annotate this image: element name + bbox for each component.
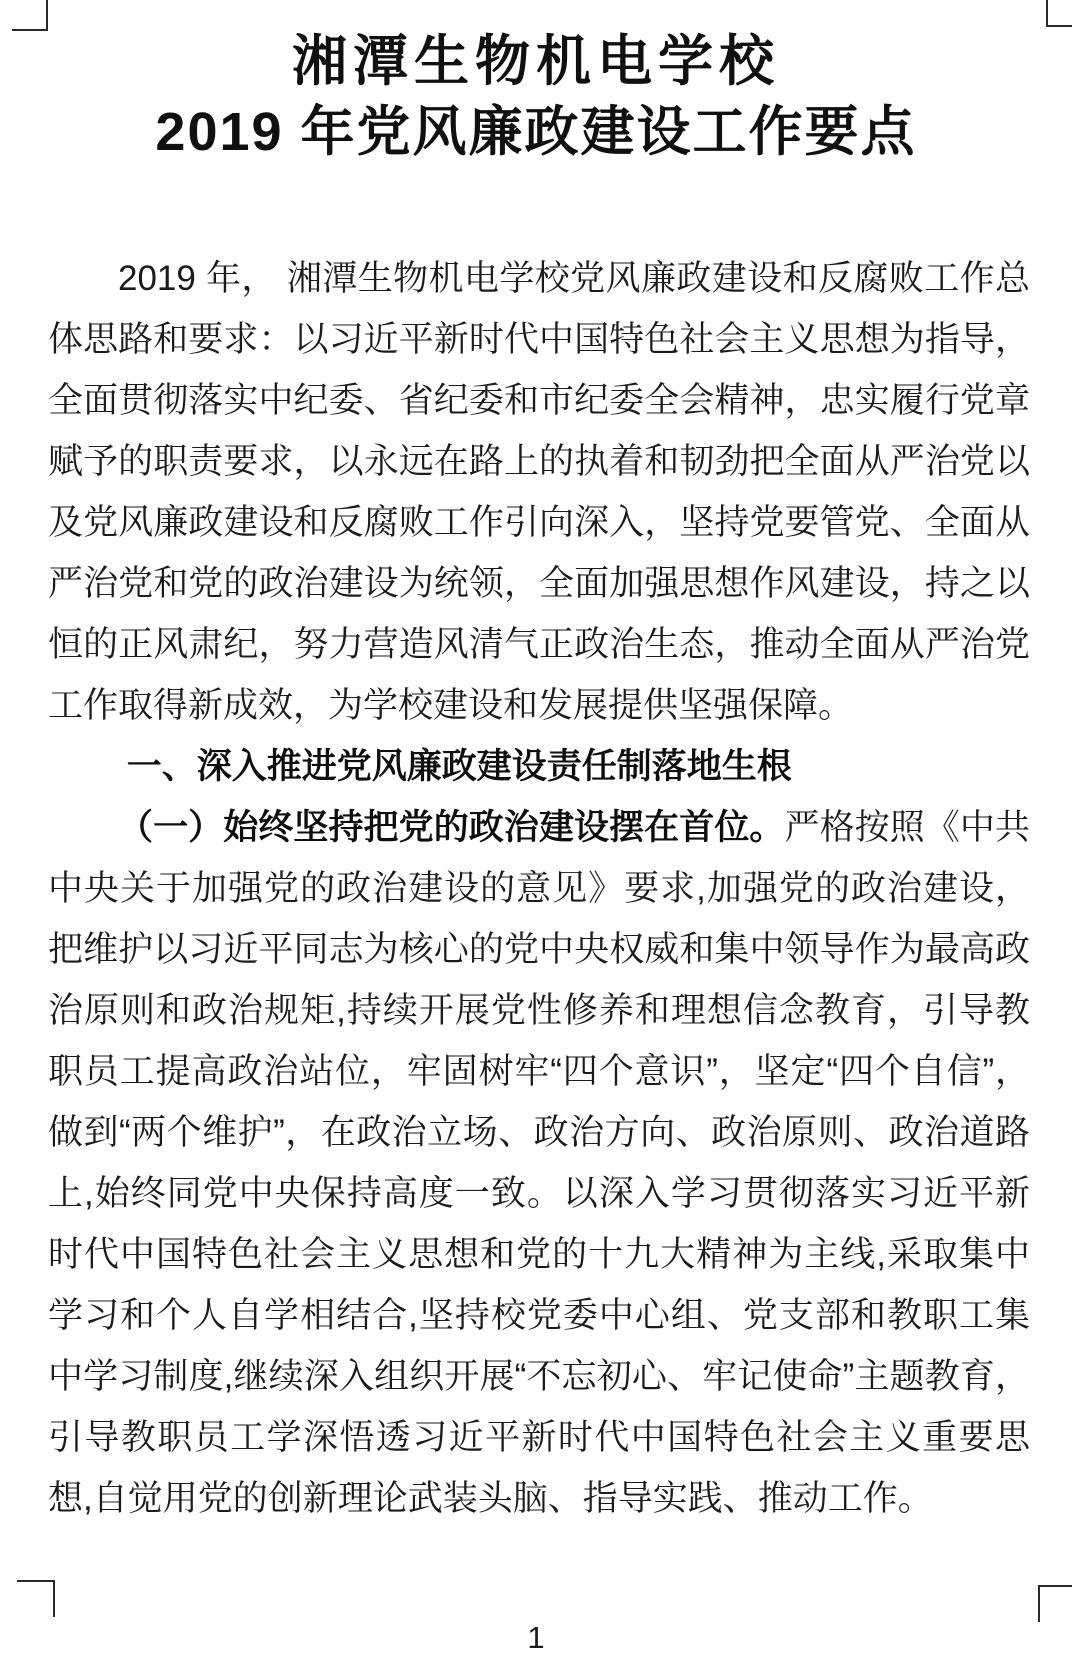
document-title-line2: 2019 年党风廉政建设工作要点 xyxy=(0,96,1072,168)
page-number: 1 xyxy=(0,1618,1072,1658)
section-1-item-1-lead: （一）始终坚持把党的政治建设摆在首位。 xyxy=(118,808,785,847)
document-title: 湘潭生物机电学校 2019 年党风廉政建设工作要点 xyxy=(0,26,1072,168)
crop-mark-top-right xyxy=(1046,0,1072,27)
section-1-heading: 一、深入推进党风廉政建设责任制落地生根 xyxy=(48,736,1030,797)
section-1-item-1-paragraph: （一）始终坚持把党的政治建设摆在首位。严格按照《中共中央关于加强党的政治建设的意… xyxy=(48,797,1030,1529)
document-page: 湘潭生物机电学校 2019 年党风廉政建设工作要点 2019 年， 湘潭生物机电… xyxy=(0,0,1072,1676)
document-body: 2019 年， 湘潭生物机电学校党风廉政建设和反腐败工作总体思路和要求：以习近平… xyxy=(48,248,1030,1529)
crop-mark-bottom-left xyxy=(17,1580,55,1617)
crop-mark-bottom-right xyxy=(1038,1585,1072,1622)
section-1-item-1-text: 严格按照《中共中央关于加强党的政治建设的意见》要求,加强党的政治建设，把维护以习… xyxy=(48,808,1030,1518)
intro-paragraph: 2019 年， 湘潭生物机电学校党风廉政建设和反腐败工作总体思路和要求：以习近平… xyxy=(48,248,1030,736)
document-title-line1: 湘潭生物机电学校 xyxy=(0,26,1072,96)
